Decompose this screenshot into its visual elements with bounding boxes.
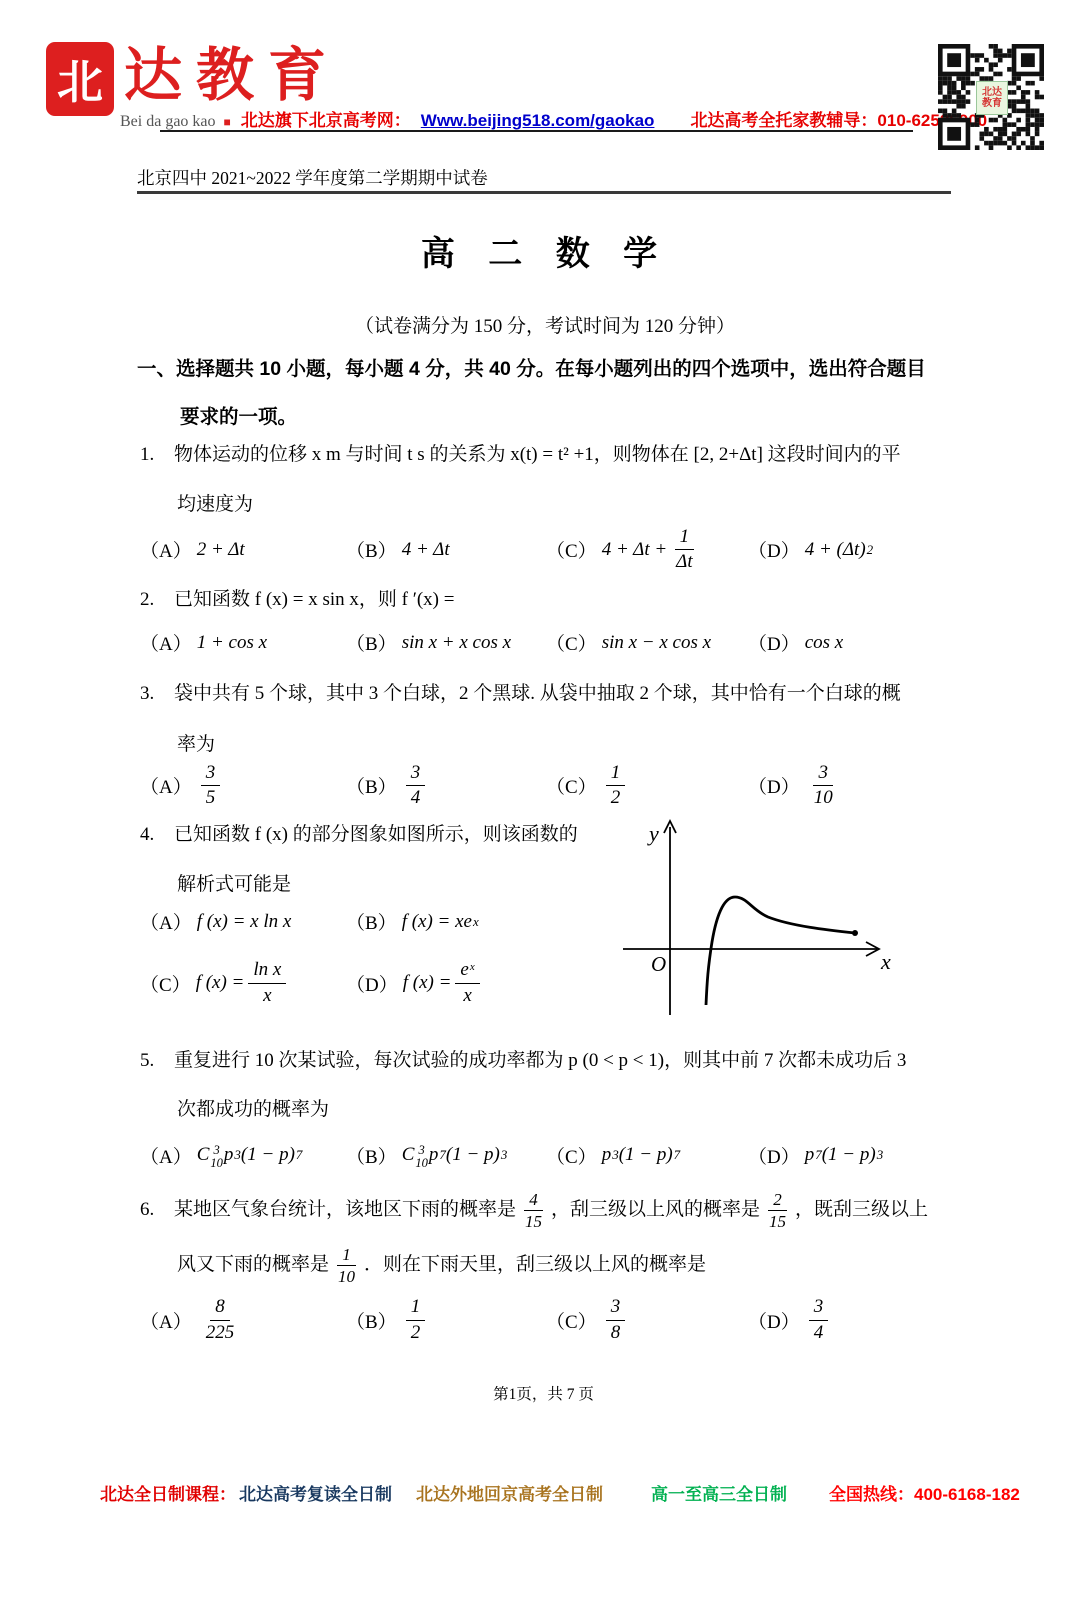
origin-label: O	[651, 952, 666, 976]
q6-option-b: （B） 1 2	[346, 1295, 546, 1345]
question-text: 袋中共有 5 个球，其中 3 个白球，2 个黑球. 从袋中抽取 2 个球，其中恰…	[174, 680, 901, 709]
numerator: 3	[201, 761, 221, 787]
question-6-options: （A） 8 225 （B） 1 2 （C） 3 8	[137, 1293, 953, 1347]
option-label: （A）	[140, 1307, 192, 1334]
q4-option-b: （B） f (x) = xe x	[346, 908, 615, 935]
question-text: 物体运动的位移 x m 与时间 t s 的关系为 x(t) = t² +1，则物…	[174, 441, 901, 470]
question-3-stem-cont: 率为	[174, 729, 953, 756]
option-formula: 4 + Δt	[402, 539, 450, 561]
fraction: 1 10	[333, 1244, 360, 1288]
q2-option-d: （D） cos x	[748, 629, 953, 656]
numerator: 1	[337, 1244, 356, 1266]
question-1-options: （A） 2 + Δt （B） 4 + Δt （C） 4 + Δt + 1 Δt …	[137, 521, 953, 579]
upper-index: 3	[214, 1144, 220, 1158]
option-label: （C）	[546, 1307, 597, 1334]
fraction: 3 8	[606, 1295, 626, 1345]
option-formula: (1 − p)	[241, 1144, 295, 1166]
q2-option-a: （A） 1 + cos x	[140, 629, 346, 656]
option-label: （A）	[140, 629, 192, 656]
option-label: （A）	[140, 536, 192, 563]
qr-center-label: 北达 教育	[976, 81, 1008, 115]
header-divider	[160, 130, 913, 132]
option-label: （B）	[346, 629, 397, 656]
question-text: 已知函数 f (x) = x sin x，则 f ′(x) =	[174, 586, 454, 615]
question-3-stem: 3. 袋中共有 5 个球，其中 3 个白球，2 个黑球. 从袋中抽取 2 个球，…	[137, 680, 953, 709]
option-label: （B）	[346, 772, 397, 799]
denominator: x	[458, 984, 476, 1009]
fraction: 4 15	[520, 1189, 547, 1233]
question-5-stem-cont: 次都成功的概率为	[174, 1094, 953, 1121]
q2-option-c: （C） sin x − x cos x	[546, 629, 748, 656]
qr-code: 北达 教育	[938, 44, 1044, 150]
option-formula: 2 + Δt	[197, 539, 245, 561]
question-text: 重复进行 10 次某试验，每次试验的成功率都为 p (0 < p < 1)，则其…	[174, 1047, 906, 1076]
red-square-bullet-icon: ■	[224, 115, 231, 130]
q3-option-d: （D） 3 10	[748, 761, 953, 811]
footer-program-1: 北达高考复读全日制	[239, 1480, 392, 1505]
q1-option-a: （A） 2 + Δt	[140, 536, 346, 563]
numerator-base: e	[460, 959, 468, 980]
fraction: ex x	[455, 958, 479, 1008]
option-label: （C）	[546, 536, 597, 563]
combination-indices: 3 10	[415, 1144, 428, 1172]
q3-option-c: （C） 1 2	[546, 761, 748, 811]
question-6-stem: 6. 某地区气象台统计，该地区下雨的概率是 4 15 ，刮三级以上风的概率是 2…	[137, 1184, 953, 1236]
upper-index: 3	[419, 1144, 425, 1158]
numerator: 3	[809, 1295, 829, 1321]
q2-option-b: （B） sin x + x cos x	[346, 629, 546, 656]
header-subrow: Bei da gao kao ■ 北达旗下北京高考网： Www.beijing5…	[120, 106, 987, 131]
question-number: 5.	[137, 1047, 174, 1076]
question-4-options-row1: （A） f (x) = x ln x （B） f (x) = xe x	[137, 908, 615, 935]
numerator: 1	[406, 1295, 426, 1321]
denominator: 4	[406, 786, 426, 811]
beida-logo-text: 达教育	[124, 28, 340, 112]
school-divider	[137, 191, 951, 194]
option-formula: p	[805, 1144, 815, 1166]
numerator: 2	[768, 1189, 787, 1211]
q5-option-d: （D） p 7 (1 − p) 3	[748, 1142, 953, 1169]
denominator: x	[258, 984, 276, 1009]
numerator: 1	[606, 761, 626, 787]
footer-program-3: 高一至高三全日制	[651, 1480, 787, 1505]
combination-symbol: C	[402, 1144, 415, 1166]
exam-page: 北 达教育 Bei da gao kao ■ 北达旗下北京高考网： Www.be…	[0, 0, 1087, 1606]
option-formula: p	[602, 1144, 612, 1166]
footer-hotline: 全国热线：400-6168-182	[829, 1480, 1020, 1505]
question-2-options: （A） 1 + cos x （B） sin x + x cos x （C） si…	[137, 629, 953, 656]
q5-option-c: （C） p 3 (1 − p) 7	[546, 1142, 748, 1169]
denominator: 4	[809, 1321, 829, 1346]
denominator: 10	[333, 1266, 360, 1287]
option-label: （A）	[140, 1142, 192, 1169]
option-formula: p	[429, 1144, 439, 1166]
beida-logo-seal: 北	[48, 44, 112, 114]
combination-symbol: C	[197, 1144, 210, 1166]
option-label: （B）	[346, 908, 397, 935]
question-2-stem: 2. 已知函数 f (x) = x sin x，则 f ′(x) =	[137, 586, 953, 615]
option-label: （C）	[546, 629, 597, 656]
denominator: 5	[201, 786, 221, 811]
question-text: 风又下雨的概率是	[177, 1251, 329, 1280]
denominator: 2	[406, 1321, 426, 1346]
option-formula: (1 − p)	[619, 1144, 673, 1166]
option-label: （D）	[748, 772, 800, 799]
denominator: 10	[809, 786, 838, 811]
numerator: 3	[406, 761, 426, 787]
fraction: 1 2	[606, 761, 626, 811]
bottom-bar: 北达全日制课程： 北达高考复读全日制 北达外地回京高考全日制 高一至高三全日制 …	[100, 1480, 1020, 1505]
option-formula: cos x	[805, 632, 844, 654]
numerator: 1	[675, 525, 695, 551]
option-label: （B）	[346, 536, 397, 563]
denominator: 8	[606, 1321, 626, 1346]
question-4-options-row2: （C） f (x) = ln x x （D） f (x) = ex x	[137, 955, 615, 1011]
qr-label-line2: 教育	[982, 98, 1002, 110]
question-text: ，刮三级以上风的概率是	[551, 1196, 760, 1225]
footer-program-label: 北达全日制课程：	[100, 1480, 236, 1505]
fraction: 3 10	[809, 761, 838, 811]
website-link[interactable]: Www.beijing518.com/gaokao	[421, 111, 655, 131]
option-label: （C）	[140, 970, 191, 997]
option-formula: (1 − p)	[446, 1144, 500, 1166]
option-label: （A）	[140, 908, 192, 935]
option-label: （B）	[346, 1142, 397, 1169]
fraction: 3 4	[406, 761, 426, 811]
option-formula: sin x + x cos x	[402, 632, 511, 654]
option-formula: 4 + Δt +	[602, 539, 667, 561]
q4-option-a: （A） f (x) = x ln x	[140, 908, 346, 935]
q5-option-a: （A） C 3 10 p 3 (1 − p) 7	[140, 1142, 346, 1170]
lower-index: 10	[415, 1157, 428, 1171]
question-1-stem-cont: 均速度为	[174, 489, 953, 516]
header-site-label: 北达旗下北京高考网：	[241, 106, 411, 131]
question-4: 4. 已知函数 f (x) 的部分图象如图所示，则该函数的 解析式可能是 （A）…	[137, 821, 953, 1021]
section-heading-line1: 一、选择题共 10 小题，每小题 4 分，共 40 分。在每小题列出的四个选项中…	[137, 356, 953, 382]
q6-option-a: （A） 8 225	[140, 1295, 346, 1345]
question-text: 某地区气象台统计，该地区下雨的概率是	[174, 1196, 516, 1225]
lower-index: 10	[210, 1157, 223, 1171]
q3-option-a: （A） 3 5	[140, 761, 346, 811]
option-formula: f (x) = x ln x	[197, 911, 292, 933]
option-formula: (1 − p)	[822, 1144, 876, 1166]
option-label: （D）	[748, 1142, 800, 1169]
option-label: （D）	[748, 536, 800, 563]
fraction: 2 15	[764, 1189, 791, 1233]
question-4-left: 4. 已知函数 f (x) 的部分图象如图所示，则该函数的 解析式可能是 （A）…	[137, 821, 615, 1012]
option-label: （D）	[748, 1307, 800, 1334]
fraction: ln x x	[248, 958, 286, 1008]
numerator: 4	[524, 1189, 543, 1211]
question-6-stem-cont: 风又下雨的概率是 1 10 ．则在下雨天里，刮三级以上风的概率是	[174, 1239, 953, 1291]
question-number: 6.	[137, 1196, 174, 1225]
fraction: 3 5	[201, 761, 221, 811]
option-formula: sin x − x cos x	[602, 632, 711, 654]
numerator: 8	[210, 1295, 230, 1321]
option-label: （C）	[546, 1142, 597, 1169]
question-number: 2.	[137, 586, 174, 615]
question-1-stem: 1. 物体运动的位移 x m 与时间 t s 的关系为 x(t) = t² +1…	[137, 441, 953, 470]
page-title: 高 二 数 学	[137, 226, 953, 275]
question-number: 3.	[137, 680, 174, 709]
numerator-exponent: x	[470, 961, 475, 973]
denominator: 2	[606, 786, 626, 811]
q1-option-b: （B） 4 + Δt	[346, 536, 546, 563]
option-label: （D）	[748, 629, 800, 656]
option-label: （A）	[140, 772, 192, 799]
option-label: （C）	[546, 772, 597, 799]
q1-option-d: （D） 4 + (Δt) 2	[748, 536, 953, 563]
page-number: 第1页，共 7 页	[0, 1382, 1087, 1404]
exam-content: 高 二 数 学 （试卷满分为 150 分，考试时间为 120 分钟） 一、选择题…	[137, 210, 953, 1347]
function-graph: y O x	[615, 817, 905, 1022]
q1-option-c: （C） 4 + Δt + 1 Δt	[546, 525, 748, 575]
numerator: ln x	[248, 958, 286, 984]
denominator: Δt	[671, 550, 697, 575]
q4-option-c: （C） f (x) = ln x x	[140, 958, 346, 1008]
q3-option-b: （B） 3 4	[346, 761, 546, 811]
school-header: 北京四中 2021~2022 学年度第二学期期中试卷	[137, 165, 488, 190]
fraction: 3 4	[809, 1295, 829, 1345]
question-5-options: （A） C 3 10 p 3 (1 − p) 7 （B） C 3 10 p	[137, 1134, 953, 1176]
fraction: 1 2	[406, 1295, 426, 1345]
numerator: 3	[813, 761, 833, 787]
question-number: 4.	[137, 821, 174, 850]
q5-option-b: （B） C 3 10 p 7 (1 − p) 3	[346, 1142, 546, 1170]
question-4-stem-cont: 解析式可能是	[174, 869, 615, 896]
q4-option-d: （D） f (x) = ex x	[346, 958, 615, 1008]
footer-program-2: 北达外地回京高考全日制	[416, 1480, 603, 1505]
denominator: 225	[201, 1321, 240, 1346]
option-formula: f (x) =	[196, 972, 245, 994]
question-5-stem: 5. 重复进行 10 次某试验，每次试验的成功率都为 p (0 < p < 1)…	[137, 1047, 953, 1076]
option-label: （B）	[346, 1307, 397, 1334]
question-text: ．则在下雨天里，刮三级以上风的概率是	[364, 1251, 706, 1280]
question-3-options: （A） 3 5 （B） 3 4 （C） 1 2	[137, 760, 953, 812]
option-label: （D）	[346, 970, 398, 997]
question-text: ，既刮三级以上	[795, 1196, 928, 1225]
option-formula: p	[224, 1144, 234, 1166]
question-text: 已知函数 f (x) 的部分图象如图所示，则该函数的	[174, 821, 578, 850]
q6-option-d: （D） 3 4	[748, 1295, 953, 1345]
fraction: 1 Δt	[671, 525, 697, 575]
section-heading-line2: 要求的一项。	[180, 401, 953, 429]
numerator: ex	[455, 958, 479, 984]
fraction: 8 225	[201, 1295, 240, 1345]
exam-subtitle: （试卷满分为 150 分，考试时间为 120 分钟）	[137, 311, 953, 338]
question-4-stem: 4. 已知函数 f (x) 的部分图象如图所示，则该函数的	[137, 821, 615, 850]
axis-label-y: y	[647, 821, 659, 846]
beida-pinyin-label: Bei da gao kao	[120, 113, 216, 131]
numerator: 3	[606, 1295, 626, 1321]
denominator: 15	[520, 1211, 547, 1232]
question-number: 1.	[137, 441, 174, 470]
option-formula: f (x) =	[403, 972, 452, 994]
axis-label-x: x	[880, 949, 891, 974]
option-formula: 4 + (Δt)	[805, 539, 866, 561]
qr-label-line1: 北达	[982, 87, 1002, 99]
q6-option-c: （C） 3 8	[546, 1295, 748, 1345]
option-formula: 1 + cos x	[197, 632, 267, 654]
denominator: 15	[764, 1211, 791, 1232]
combination-indices: 3 10	[210, 1144, 223, 1172]
option-formula: f (x) = xe	[402, 911, 472, 933]
